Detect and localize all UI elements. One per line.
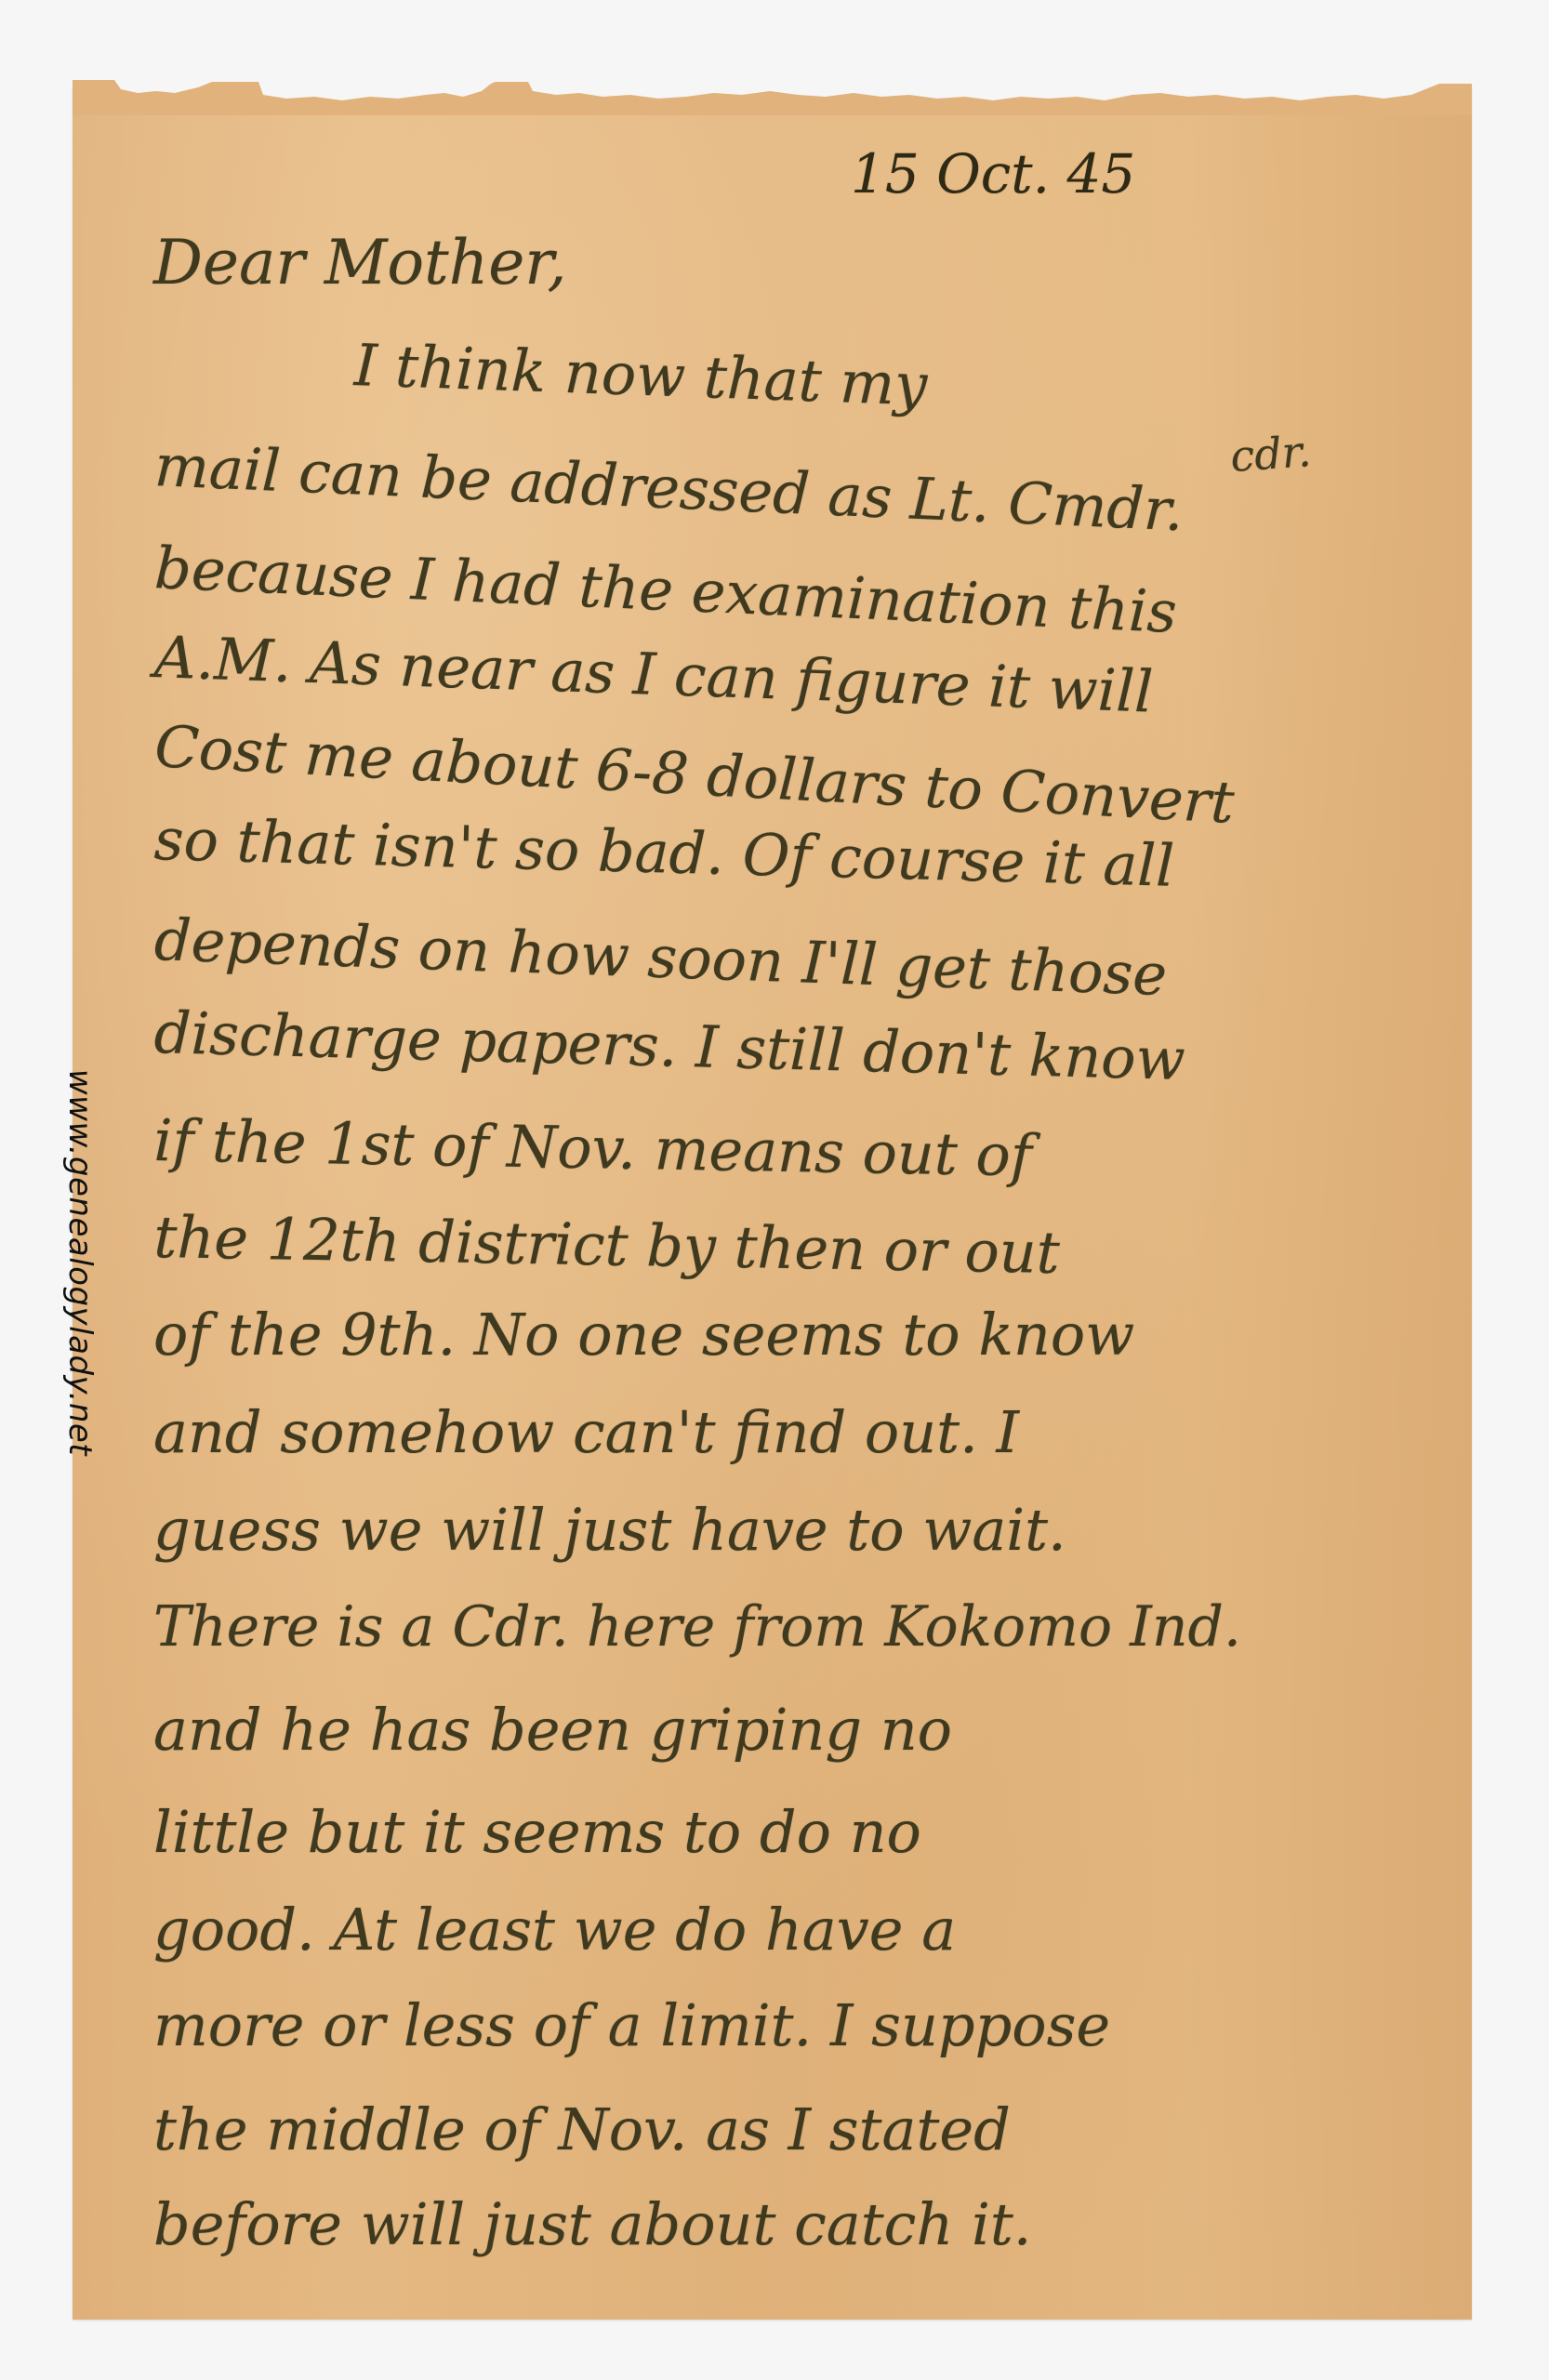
- letter-date: 15 Oct. 45: [851, 147, 1135, 201]
- letter-paper: [73, 86, 1472, 2320]
- letter-line: guess we will just have to wait.: [153, 1501, 1066, 1559]
- watermark: www.genealogylady.net: [61, 1009, 99, 1515]
- letter-line: and he has been griping no: [153, 1701, 952, 1759]
- letter-line: more or less of a limit. I suppose: [153, 1997, 1110, 2055]
- letter-line: and somehow can't find out. I: [153, 1404, 1019, 1461]
- letter-line: the middle of Nov. as I stated: [153, 2101, 1011, 2159]
- letter-line: little but it seems to do no: [153, 1804, 921, 1861]
- letter-line: good. At least we do have a: [153, 1901, 956, 1959]
- letter-line: if the 1st of Nov. means out of: [153, 1112, 1032, 1184]
- insertion-above: cdr.: [1229, 430, 1313, 478]
- letter-line: the 12th district by then or out: [153, 1209, 1060, 1282]
- letter-line: of the 9th. No one seems to know: [153, 1306, 1134, 1364]
- letter-line: There is a Cdr. here from Kokomo Ind.: [153, 1599, 1241, 1655]
- salutation: Dear Mother,: [153, 232, 567, 294]
- torn-top-edge: [73, 78, 1472, 115]
- letter-line: before will just about catch it.: [153, 2196, 1032, 2254]
